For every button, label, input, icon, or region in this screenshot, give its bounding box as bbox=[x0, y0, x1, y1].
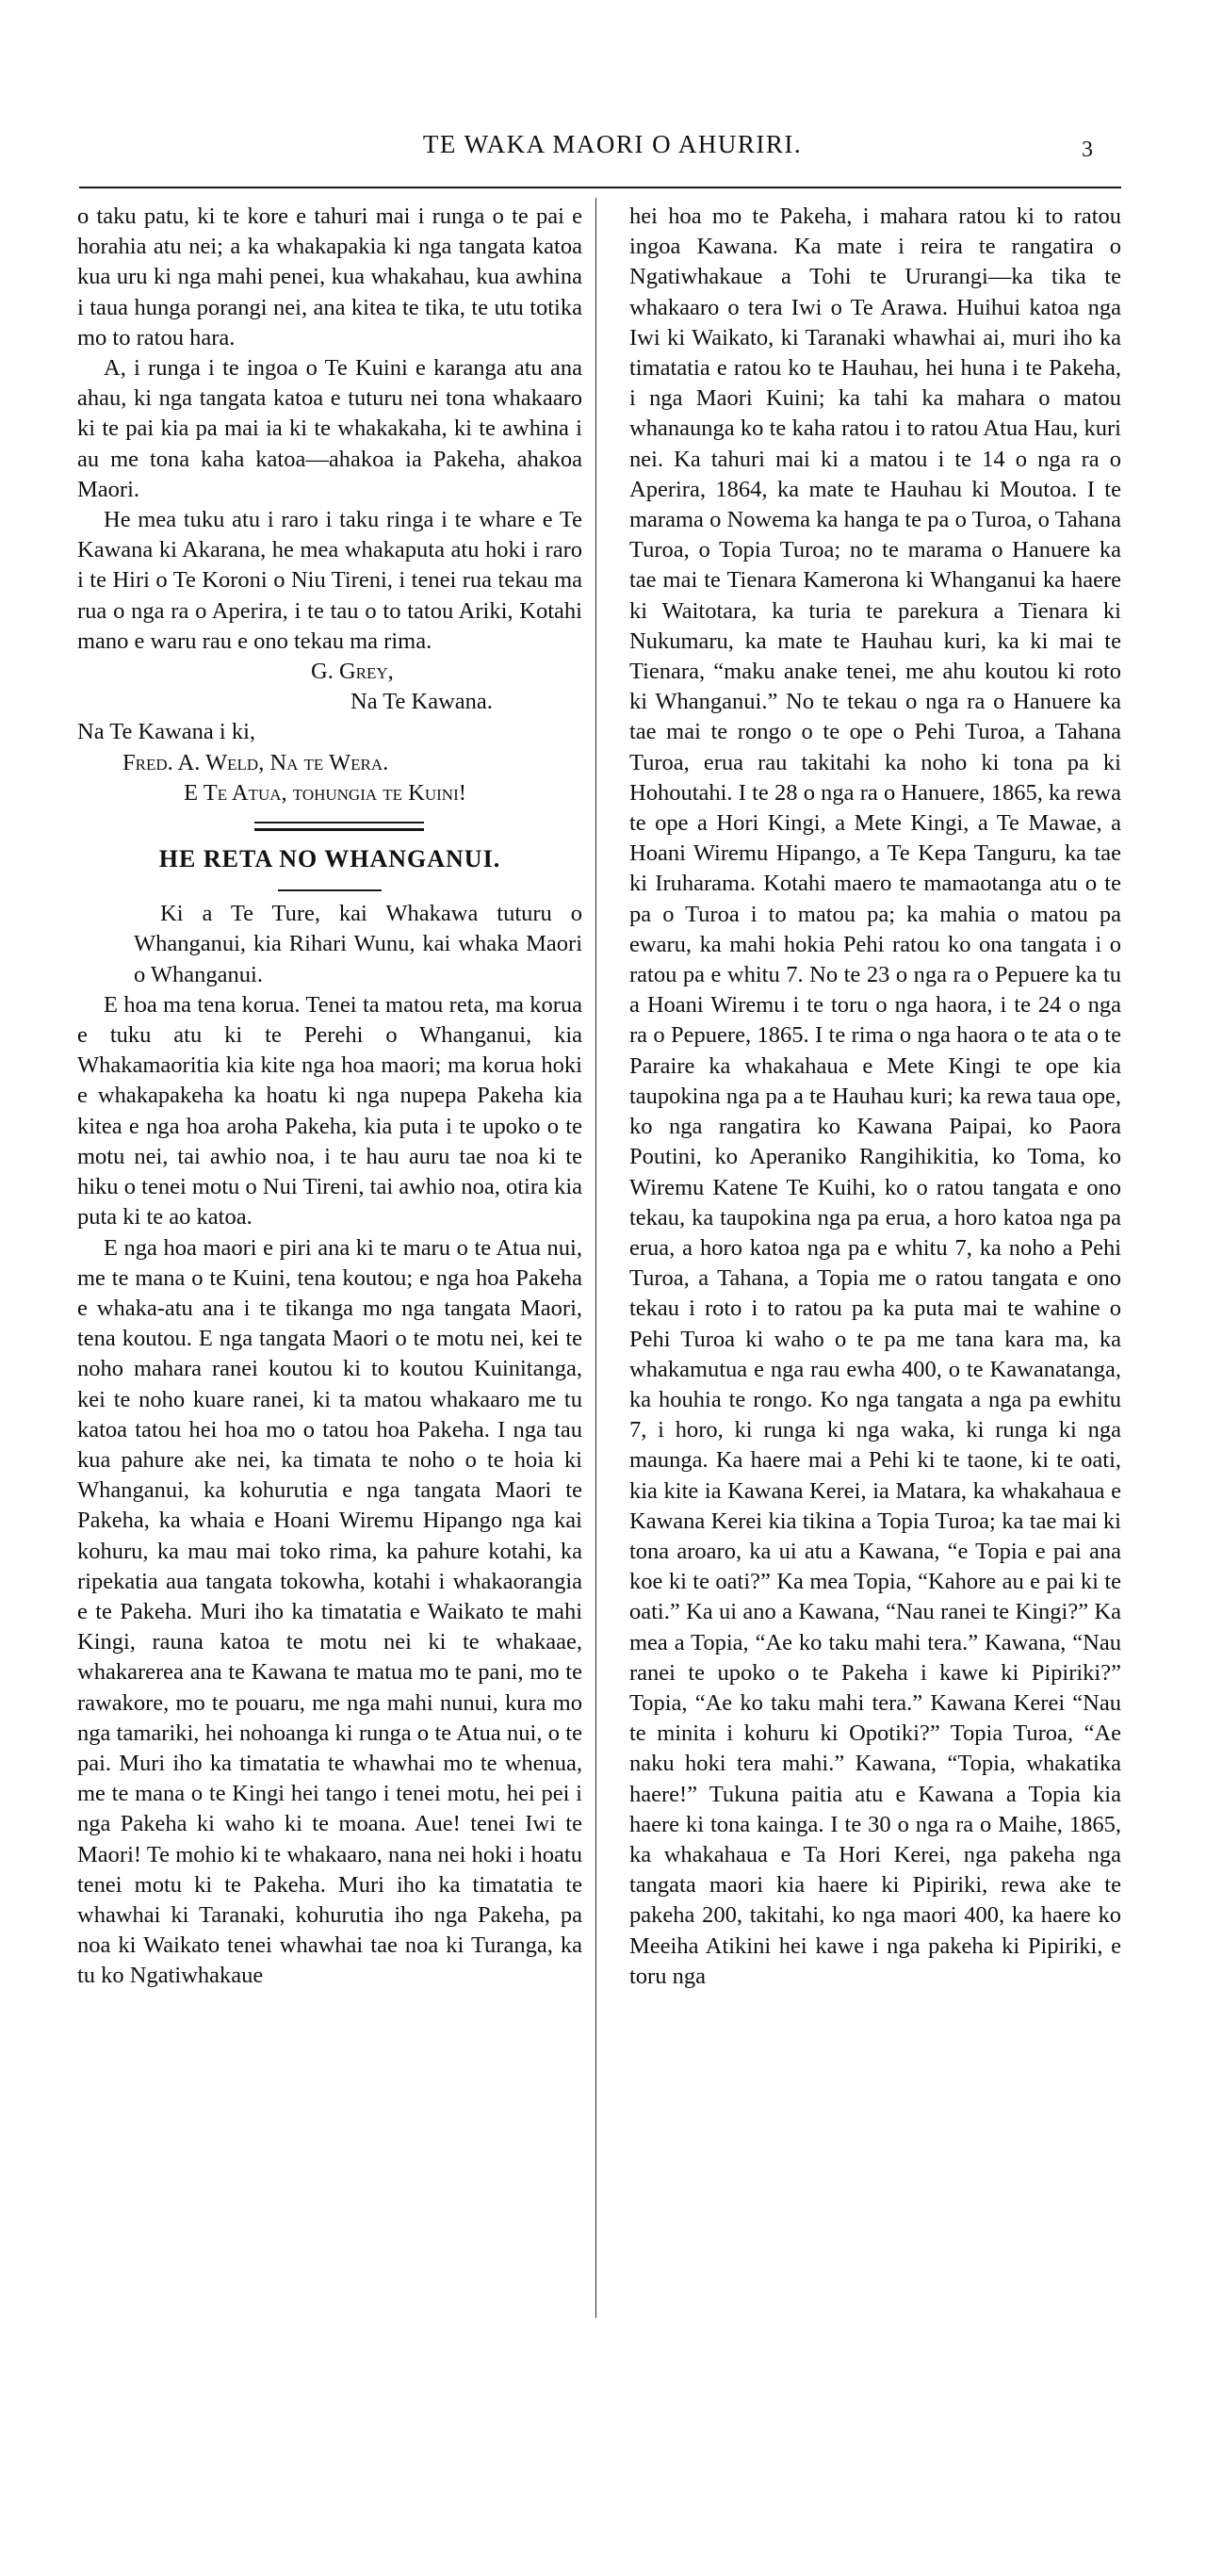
running-head: TE WAKA MAORI O AHURIRI. 3 bbox=[75, 130, 1121, 177]
letter-paragraph: E nga hoa maori e piri ana ki te maru o … bbox=[77, 1233, 582, 1992]
letter-continuation: hei hoa mo te Pakeha, i mahara ratou ki … bbox=[629, 202, 1121, 1992]
newspaper-page: TE WAKA MAORI O AHURIRI. 3 o taku patu, … bbox=[0, 0, 1206, 2576]
proclamation-paragraph: o taku patu, ki te kore e tahuri mai i r… bbox=[77, 202, 582, 353]
separator-line bbox=[254, 822, 424, 823]
countersignature: Fred. A. Weld, Na te Wera. bbox=[77, 748, 582, 778]
section-separator bbox=[236, 822, 424, 831]
column-divider bbox=[595, 198, 596, 2318]
separator-line bbox=[254, 828, 424, 831]
page-number: 3 bbox=[1082, 138, 1093, 163]
header-rule bbox=[79, 187, 1121, 188]
heading-rule bbox=[278, 889, 382, 891]
right-column: hei hoa mo te Pakeha, i mahara ratou ki … bbox=[629, 202, 1121, 1992]
proclamation-paragraph: He mea tuku atu i raro i taku ringa i te… bbox=[77, 505, 582, 657]
left-column: o taku patu, ki te kore e tahuri mai i r… bbox=[77, 202, 582, 1992]
section-heading: HE RETA NO WHANGANUI. bbox=[77, 844, 582, 874]
proclamation-paragraph: A, i runga i te ingoa o Te Kuini e karan… bbox=[77, 353, 582, 505]
letter-address: Ki a Te Ture, kai Whakawa tuturu o Whang… bbox=[77, 899, 582, 990]
god-save-the-queen: E Te Atua, tohungia te Kuini! bbox=[77, 778, 582, 808]
signature-name: G. Grey, bbox=[77, 657, 582, 687]
letter-paragraph: E hoa ma tena korua. Tenei ta matou reta… bbox=[77, 990, 582, 1233]
by-order-line: Na Te Kawana i ki, bbox=[77, 717, 582, 747]
newspaper-title: TE WAKA MAORI O AHURIRI. bbox=[75, 130, 1121, 159]
signature-title: Na Te Kawana. bbox=[77, 687, 582, 717]
